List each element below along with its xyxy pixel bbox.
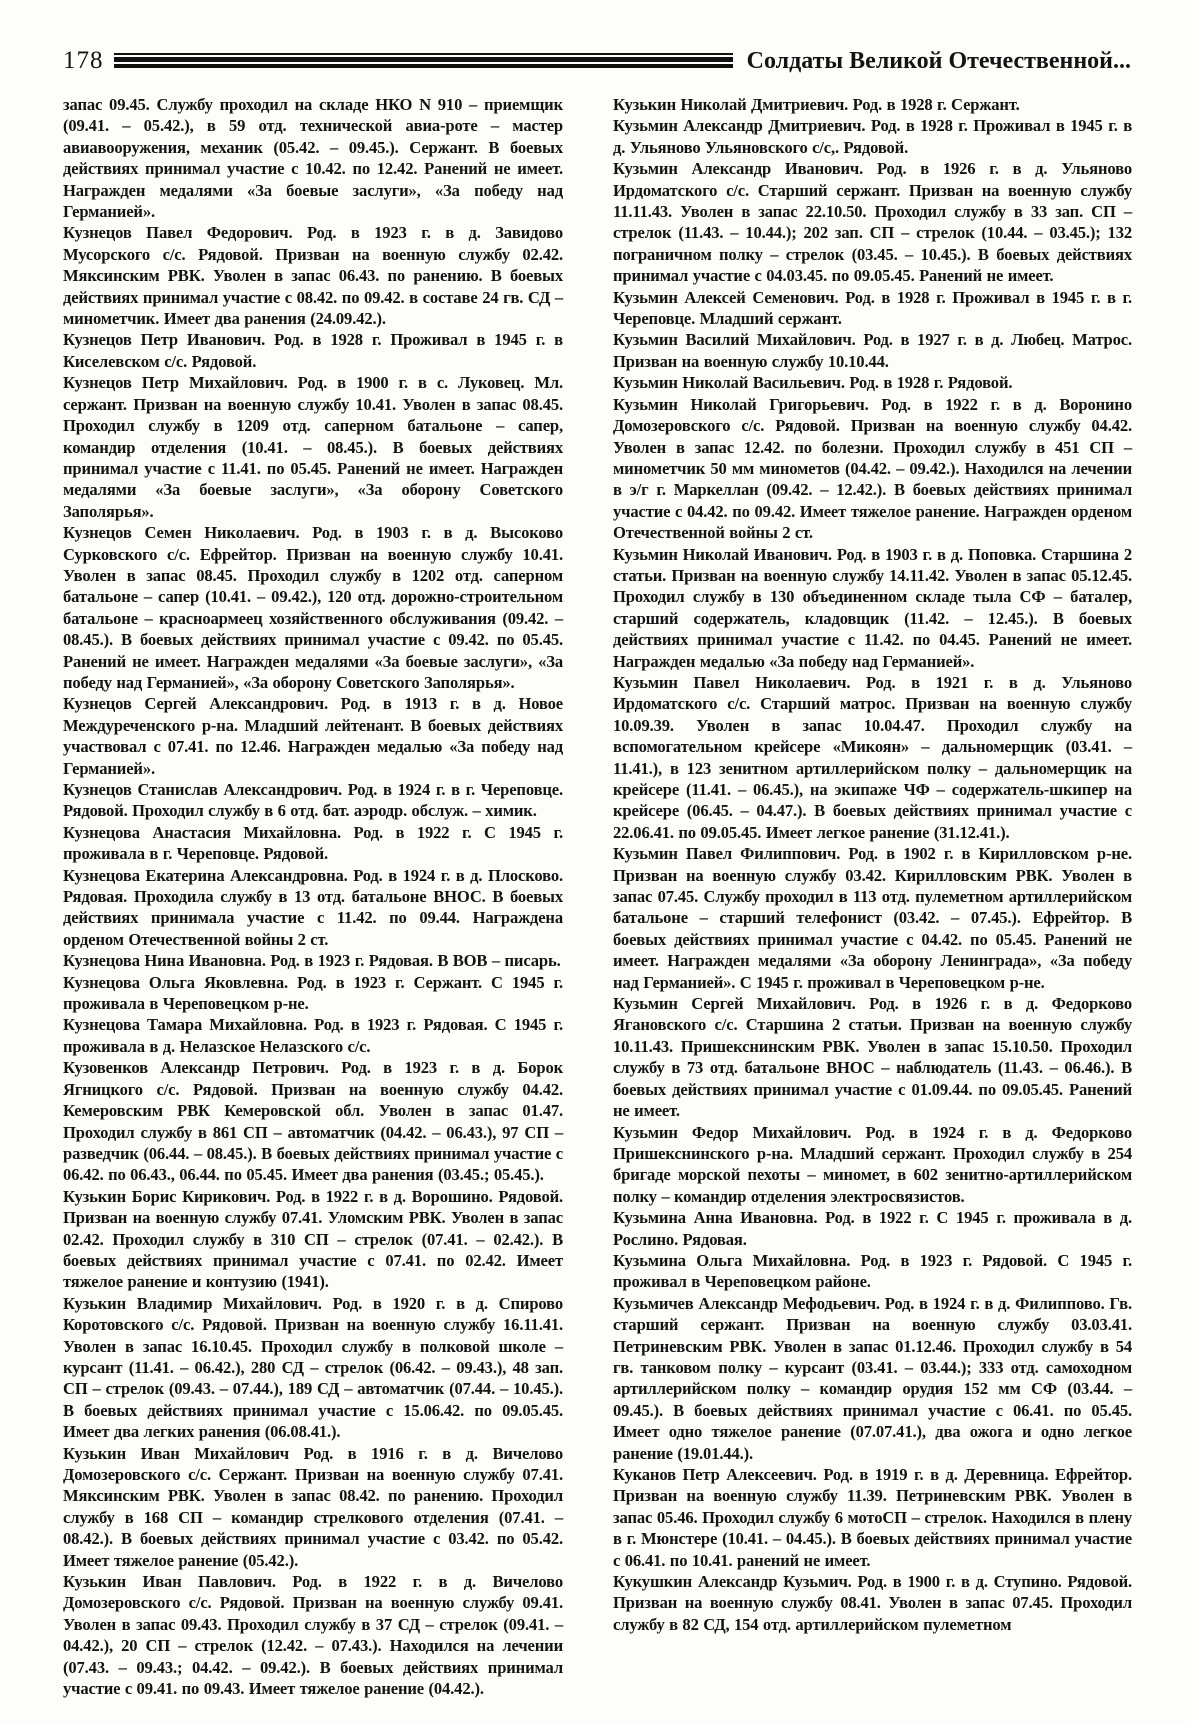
entry-paragraph: Кузьмин Павел Филиппович. Род. в 1902 г.… <box>613 843 1132 993</box>
entry-paragraph: Кузьмин Алексей Семенович. Род. в 1928 г… <box>613 287 1132 330</box>
entry-name: Кузнецов Станислав Александрович. <box>63 780 348 799</box>
entry-paragraph: Кузькин Борис Кирикович. Род. в 1922 г. … <box>63 1186 563 1293</box>
page-number: 178 <box>63 48 104 73</box>
entry-name: Кузнецов Петр Иванович. <box>63 330 274 349</box>
entry-paragraph: Кузнецов Станислав Александрович. Род. в… <box>63 779 563 822</box>
entry-paragraph: Кузькин Николай Дмитриевич. Род. в 1928 … <box>613 94 1132 115</box>
entry-paragraph: Кузнецова Екатерина Александровна. Род. … <box>63 865 563 951</box>
entry-paragraph: Кузнецов Семен Николаевич. Род. в 1903 г… <box>63 522 563 693</box>
entry-name: Кузькин Иван Михайлович <box>63 1444 304 1463</box>
entry-paragraph: Кузькин Иван Михайлович Род. в 1916 г. в… <box>63 1443 563 1571</box>
right-column: Кузькин Николай Дмитриевич. Род. в 1928 … <box>613 94 1132 1635</box>
entry-paragraph: Кузьмин Федор Михайлович. Род. в 1924 г.… <box>613 1122 1132 1208</box>
entry-paragraph: Кузьмин Павел Николаевич. Род. в 1921 г.… <box>613 672 1132 843</box>
entry-paragraph: Кузнецова Анастасия Михайловна. Род. в 1… <box>63 822 563 865</box>
entry-name: Кузнецова Екатерина Александровна. <box>63 866 353 885</box>
entry-name: Кузнецова Ольга Яковлевна. <box>63 973 297 992</box>
entry-name: Кузьмина Ольга Михайловна. <box>613 1251 861 1270</box>
entry-name: Кузнецов Павел Федорович. <box>63 223 307 242</box>
entry-paragraph: Кузьмина Анна Ивановна. Род. в 1922 г. С… <box>613 1207 1132 1250</box>
entry-name: Кузнецов Петр Михайлович. <box>63 373 298 392</box>
entry-name: Кузьмин Павел Николаевич. <box>613 673 866 692</box>
entry-name: Кузьмина Анна Ивановна. <box>613 1208 825 1227</box>
entry-name: Кузьмин Павел Филиппович. <box>613 844 848 863</box>
entry-name: Кузьмин Александр Иванович. <box>613 159 877 178</box>
entry-paragraph: Кузнецов Павел Федорович. Род. в 1923 г.… <box>63 222 563 329</box>
continuation-paragraph: запас 09.45. Службу проходил на складе Н… <box>63 94 563 222</box>
entry-name: Кузьмин Василий Михайлович. <box>613 330 863 349</box>
entry-name: Кузьмин Федор Михайлович. <box>613 1123 865 1142</box>
running-title: Солдаты Великой Отечественной... <box>747 49 1131 73</box>
entry-paragraph: Кузнецов Петр Иванович. Род. в 1928 г. П… <box>63 329 563 372</box>
entry-name: Кузьмичев Александр Мефодьевич. <box>613 1294 885 1313</box>
entry-paragraph: Кузьмин Василий Михайлович. Род. в 1927 … <box>613 329 1132 372</box>
entry-name: Куканов Петр Алексеевич. <box>613 1465 823 1484</box>
entry-paragraph: Кузнецов Петр Михайлович. Род. в 1900 г.… <box>63 372 563 522</box>
entry-paragraph: Кукушкин Александр Кузьмич. Род. в 1900 … <box>613 1571 1132 1635</box>
entry-name: Кузнецова Тамара Михайловна. <box>63 1015 314 1034</box>
entry-name: Кузьмин Николай Васильевич. <box>613 373 849 392</box>
entry-name: Кузовенков Александр Петрович. <box>63 1058 341 1077</box>
entry-paragraph: Кузькин Владимир Михайлович. Род. в 1920… <box>63 1293 563 1443</box>
entry-paragraph: Кузнецова Ольга Яковлевна. Род. в 1923 г… <box>63 972 563 1015</box>
header-rule <box>114 53 733 68</box>
entry-name: Кузьмин Алексей Семенович. <box>613 288 845 307</box>
entry-name: Кузнецов Сергей Александрович. <box>63 694 341 713</box>
entry-paragraph: Кузьмин Николай Васильевич. Род. в 1928 … <box>613 372 1132 393</box>
book-page: 178 Солдаты Великой Отечественной... зап… <box>0 0 1191 1723</box>
entry-paragraph: Кузнецова Тамара Михайловна. Род. в 1923… <box>63 1014 563 1057</box>
entry-name: Кузькин Борис Кирикович. <box>63 1187 276 1206</box>
entry-paragraph: Кузьмин Сергей Михайлович. Род. в 1926 г… <box>613 993 1132 1121</box>
entry-name: Кукушкин Александр Кузьмич. <box>613 1572 857 1591</box>
entry-paragraph: Кузьмин Николай Иванович. Род. в 1903 г.… <box>613 544 1132 672</box>
entry-paragraph: Кузьмин Николай Григорьевич. Род. в 1922… <box>613 394 1132 544</box>
entry-paragraph: Кузовенков Александр Петрович. Род. в 19… <box>63 1057 563 1185</box>
left-column: запас 09.45. Службу проходил на складе Н… <box>63 94 563 1699</box>
entry-name: Кузьмин Николай Иванович. <box>613 545 837 564</box>
entry-paragraph: Кузьмичев Александр Мефодьевич. Род. в 1… <box>613 1293 1132 1464</box>
entry-name: Кузькин Николай Дмитриевич. <box>613 95 853 114</box>
entry-name: Кузькин Иван Павлович. <box>63 1572 292 1591</box>
entry-paragraph: Кузнецов Сергей Александрович. Род. в 19… <box>63 693 563 779</box>
entry-name: Кузьмин Николай Григорьевич. <box>613 395 881 414</box>
page-header: 178 Солдаты Великой Отечественной... <box>63 48 1131 73</box>
entry-paragraph: Кузьмина Ольга Михайловна. Род. в 1923 г… <box>613 1250 1132 1293</box>
entry-name: Кузнецова Нина Ивановна. <box>63 951 270 970</box>
entry-name: Кузнецова Анастасия Михайловна. <box>63 823 354 842</box>
entry-name: Кузнецов Семен Николаевич. <box>63 523 312 542</box>
entry-paragraph: Кузьмин Александр Иванович. Род. в 1926 … <box>613 158 1132 286</box>
entry-name: Кузьмин Сергей Михайлович. <box>613 994 869 1013</box>
entry-paragraph: Кузьмин Александр Дмитриевич. Род. в 192… <box>613 115 1132 158</box>
entry-paragraph: Куканов Петр Алексеевич. Род. в 1919 г. … <box>613 1464 1132 1571</box>
entry-paragraph: Кузькин Иван Павлович. Род. в 1922 г. в … <box>63 1571 563 1699</box>
entry-name: Кузькин Владимир Михайлович. <box>63 1294 333 1313</box>
entry-paragraph: Кузнецова Нина Ивановна. Род. в 1923 г. … <box>63 950 563 971</box>
entry-name: Кузьмин Александр Дмитриевич. <box>613 116 871 135</box>
